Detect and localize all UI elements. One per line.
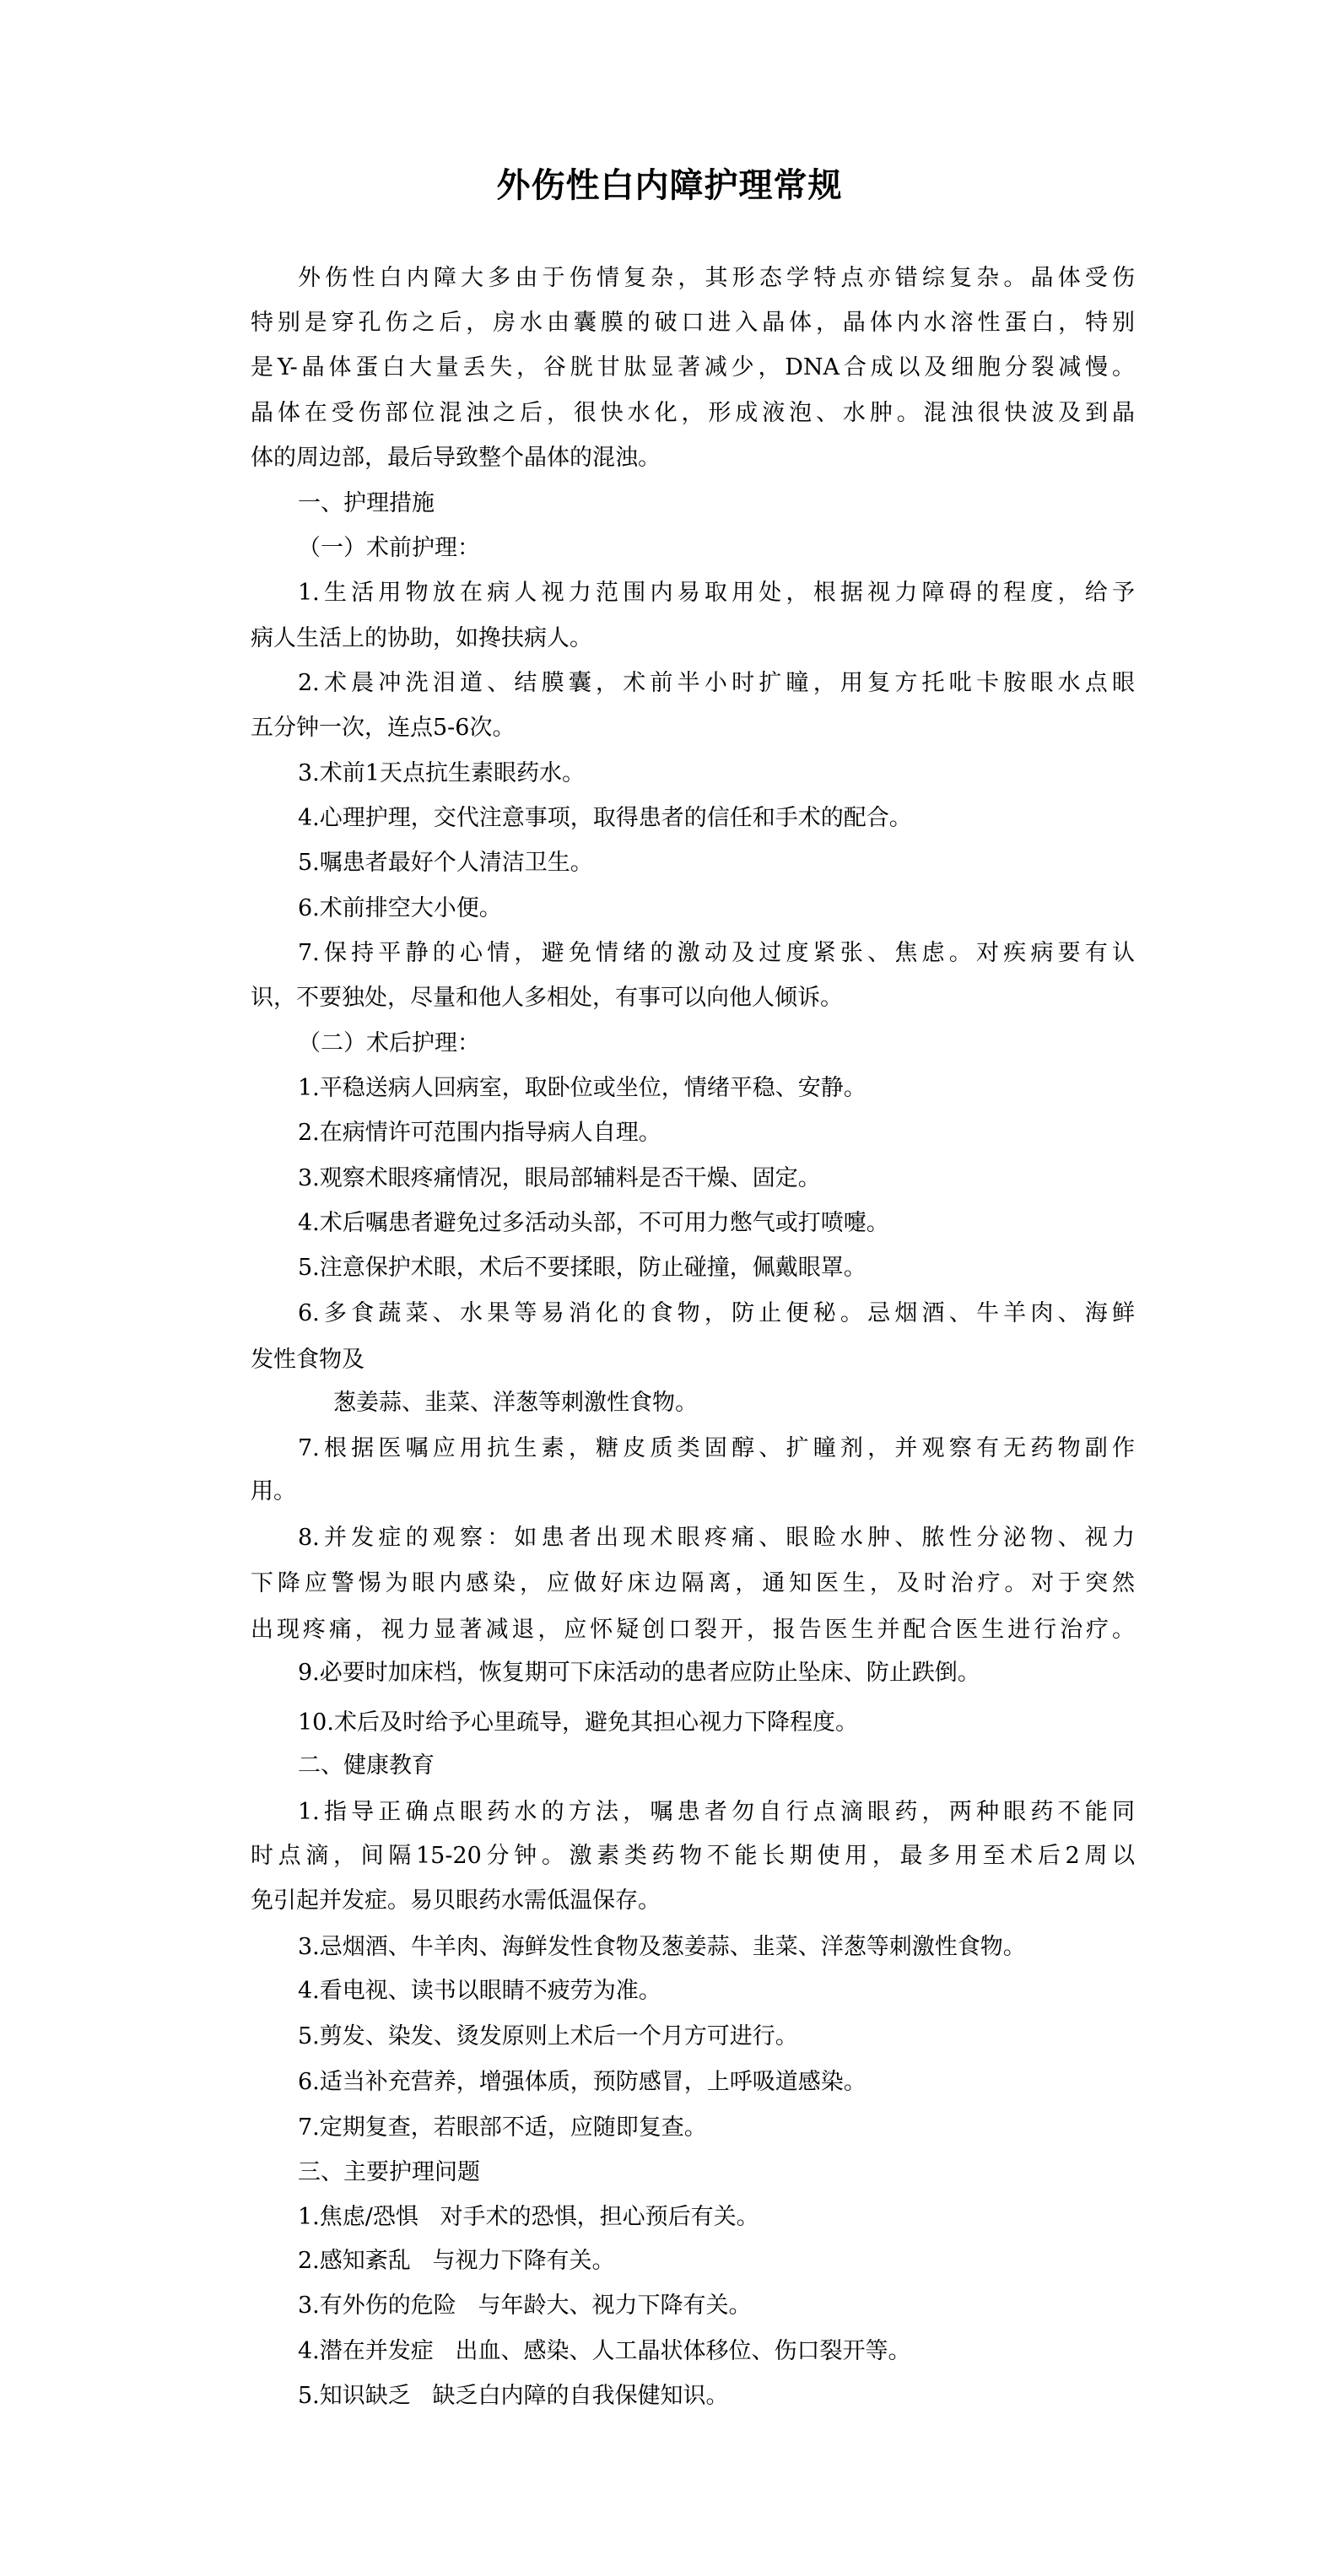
postop-item-10: 10.术后及时给予心里疏导，避免其担心视力下降程度。 <box>251 1706 1135 1740</box>
nursing-problem-2: 2.感知紊乱 与视力下降有关。 <box>251 2244 1135 2278</box>
preop-item-6: 6.术前排空大小便。 <box>251 892 1135 926</box>
education-item-7: 7.定期复查，若眼部不适，应随即复查。 <box>251 2111 1135 2145</box>
preop-item-4: 4.心理护理，交代注意事项，取得患者的信任和手术的配合。 <box>251 802 1135 835</box>
postop-item-6-cont: 发性食物及 <box>251 1343 1135 1377</box>
postop-item-5: 5.注意保护术眼，术后不要揉眼，防止碰撞，佩戴眼罩。 <box>251 1251 1135 1285</box>
preop-item-3: 3.术前1天点抗生素眼药水。 <box>251 757 1135 791</box>
document-page: 外伤性白内障护理常规 外伤性白内障大多由于伤情复杂，其形态学特点亦错综复杂。晶体… <box>0 0 1339 2576</box>
postop-item-9: 9.必要时加床档，恢复期可下床活动的患者应防止坠床、防止跌倒。 <box>251 1656 1135 1690</box>
postop-item-1: 1.平稳送病人回病室，取卧位或坐位，情绪平稳、安静。 <box>251 1072 1135 1105</box>
preop-item-1: 1.生活用物放在病人视力范围内易取用处，根据视力障碍的程度，给予 <box>251 576 1135 610</box>
intro-line: 晶体在受伤部位混浊之后，很快水化，形成液泡、水肿。混浊很快波及到晶 <box>251 397 1135 430</box>
section-heading-nursing-measures: 一、护理措施 <box>251 487 1135 521</box>
preop-item-5: 5.嘱患者最好个人清洁卫生。 <box>251 846 1135 880</box>
intro-line: 体的周边部，最后导致整个晶体的混浊。 <box>251 441 1135 475</box>
intro-line: 特别是穿孔伤之后，房水由囊膜的破口进入晶体，晶体内水溶性蛋白，特别 <box>251 306 1135 340</box>
education-item-6: 6.适当补充营养，增强体质，预防感冒，上呼吸道感染。 <box>251 2066 1135 2099</box>
postop-item-8-cont2: 出现疼痛，视力显著减退，应怀疑创口裂开，报告医生并配合医生进行治疗。 <box>251 1613 1135 1647</box>
postop-item-6-cont2: 葱姜蒜、韭菜、洋葱等刺激性食物。 <box>251 1386 1135 1420</box>
nursing-problem-3: 3.有外伤的危险 与年龄大、视力下降有关。 <box>251 2289 1135 2323</box>
postop-item-6: 6.多食蔬菜、水果等易消化的食物，防止便秘。忌烟酒、牛羊肉、海鲜 <box>251 1297 1135 1331</box>
nursing-problem-1: 1.焦虑/恐惧 对手术的恐惧，担心预后有关。 <box>251 2201 1135 2234</box>
postop-item-7-cont: 用。 <box>251 1475 1135 1509</box>
preop-item-2-cont: 五分钟一次，连点5-6次。 <box>251 711 1135 745</box>
intro-line: 是Y-晶体蛋白大量丢失，谷胱甘肽显著减少，DNA合成以及细胞分裂减慢。 <box>251 351 1135 385</box>
subsection-heading-postop: （二）术后护理： <box>251 1027 1135 1061</box>
education-item-5: 5.剪发、染发、烫发原则上术后一个月方可进行。 <box>251 2020 1135 2054</box>
nursing-problem-5: 5.知识缺乏 缺乏白内障的自我保健知识。 <box>251 2379 1135 2413</box>
postop-item-2: 2.在病情许可范围内指导病人自理。 <box>251 1116 1135 1150</box>
postop-item-7: 7.根据医嘱应用抗生素，糖皮质类固醇、扩瞳剂，并观察有无药物副作 <box>251 1432 1135 1466</box>
postop-item-8: 8.并发症的观察：如患者出现术眼疼痛、眼睑水肿、脓性分泌物、视力 <box>251 1521 1135 1555</box>
section-heading-health-education: 二、健康教育 <box>251 1749 1135 1783</box>
postop-item-4: 4.术后嘱患者避免过多活动头部，不可用力憋气或打喷嚏。 <box>251 1207 1135 1240</box>
preop-item-2: 2.术晨冲洗泪道、结膜囊，术前半小时扩瞳，用复方托吡卡胺眼水点眼 <box>251 667 1135 700</box>
preop-item-7: 7.保持平静的心情，避免情绪的激动及过度紧张、焦虑。对疾病要有认 <box>251 937 1135 970</box>
education-item-1: 1.指导正确点眼药水的方法，嘱患者勿自行点滴眼药，两种眼药不能同 <box>251 1796 1135 1829</box>
preop-item-1-cont: 病人生活上的协助，如搀扶病人。 <box>251 622 1135 656</box>
preop-item-7-cont: 识，不要独处，尽量和他人多相处，有事可以向他人倾诉。 <box>251 981 1135 1015</box>
intro-line: 外伤性白内障大多由于伤情复杂，其形态学特点亦错综复杂。晶体受伤 <box>251 262 1135 295</box>
section-heading-main-nursing-problems: 三、主要护理问题 <box>251 2156 1135 2190</box>
postop-item-3: 3.观察术眼疼痛情况，眼局部辅料是否干燥、固定。 <box>251 1162 1135 1196</box>
postop-item-8-cont: 下降应警惕为眼内感染，应做好床边隔离，通知医生，及时治疗。对于突然 <box>251 1567 1135 1601</box>
education-item-4: 4.看电视、读书以眼睛不疲劳为准。 <box>251 1974 1135 2008</box>
nursing-problem-4: 4.潜在并发症 出血、感染、人工晶状体移位、伤口裂开等。 <box>251 2335 1135 2368</box>
education-item-3: 3.忌烟酒、牛羊肉、海鲜发性食物及葱姜蒜、韭菜、洋葱等刺激性食物。 <box>251 1931 1135 1964</box>
subsection-heading-preop: （一）术前护理： <box>251 532 1135 565</box>
education-item-1-cont2: 免引起并发症。易贝眼药水需低温保存。 <box>251 1884 1135 1918</box>
education-item-1-cont: 时点滴，间隔15-20分钟。激素类药物不能长期使用，最多用至术后2周以 <box>251 1839 1135 1873</box>
document-title: 外伤性白内障护理常规 <box>0 162 1339 209</box>
